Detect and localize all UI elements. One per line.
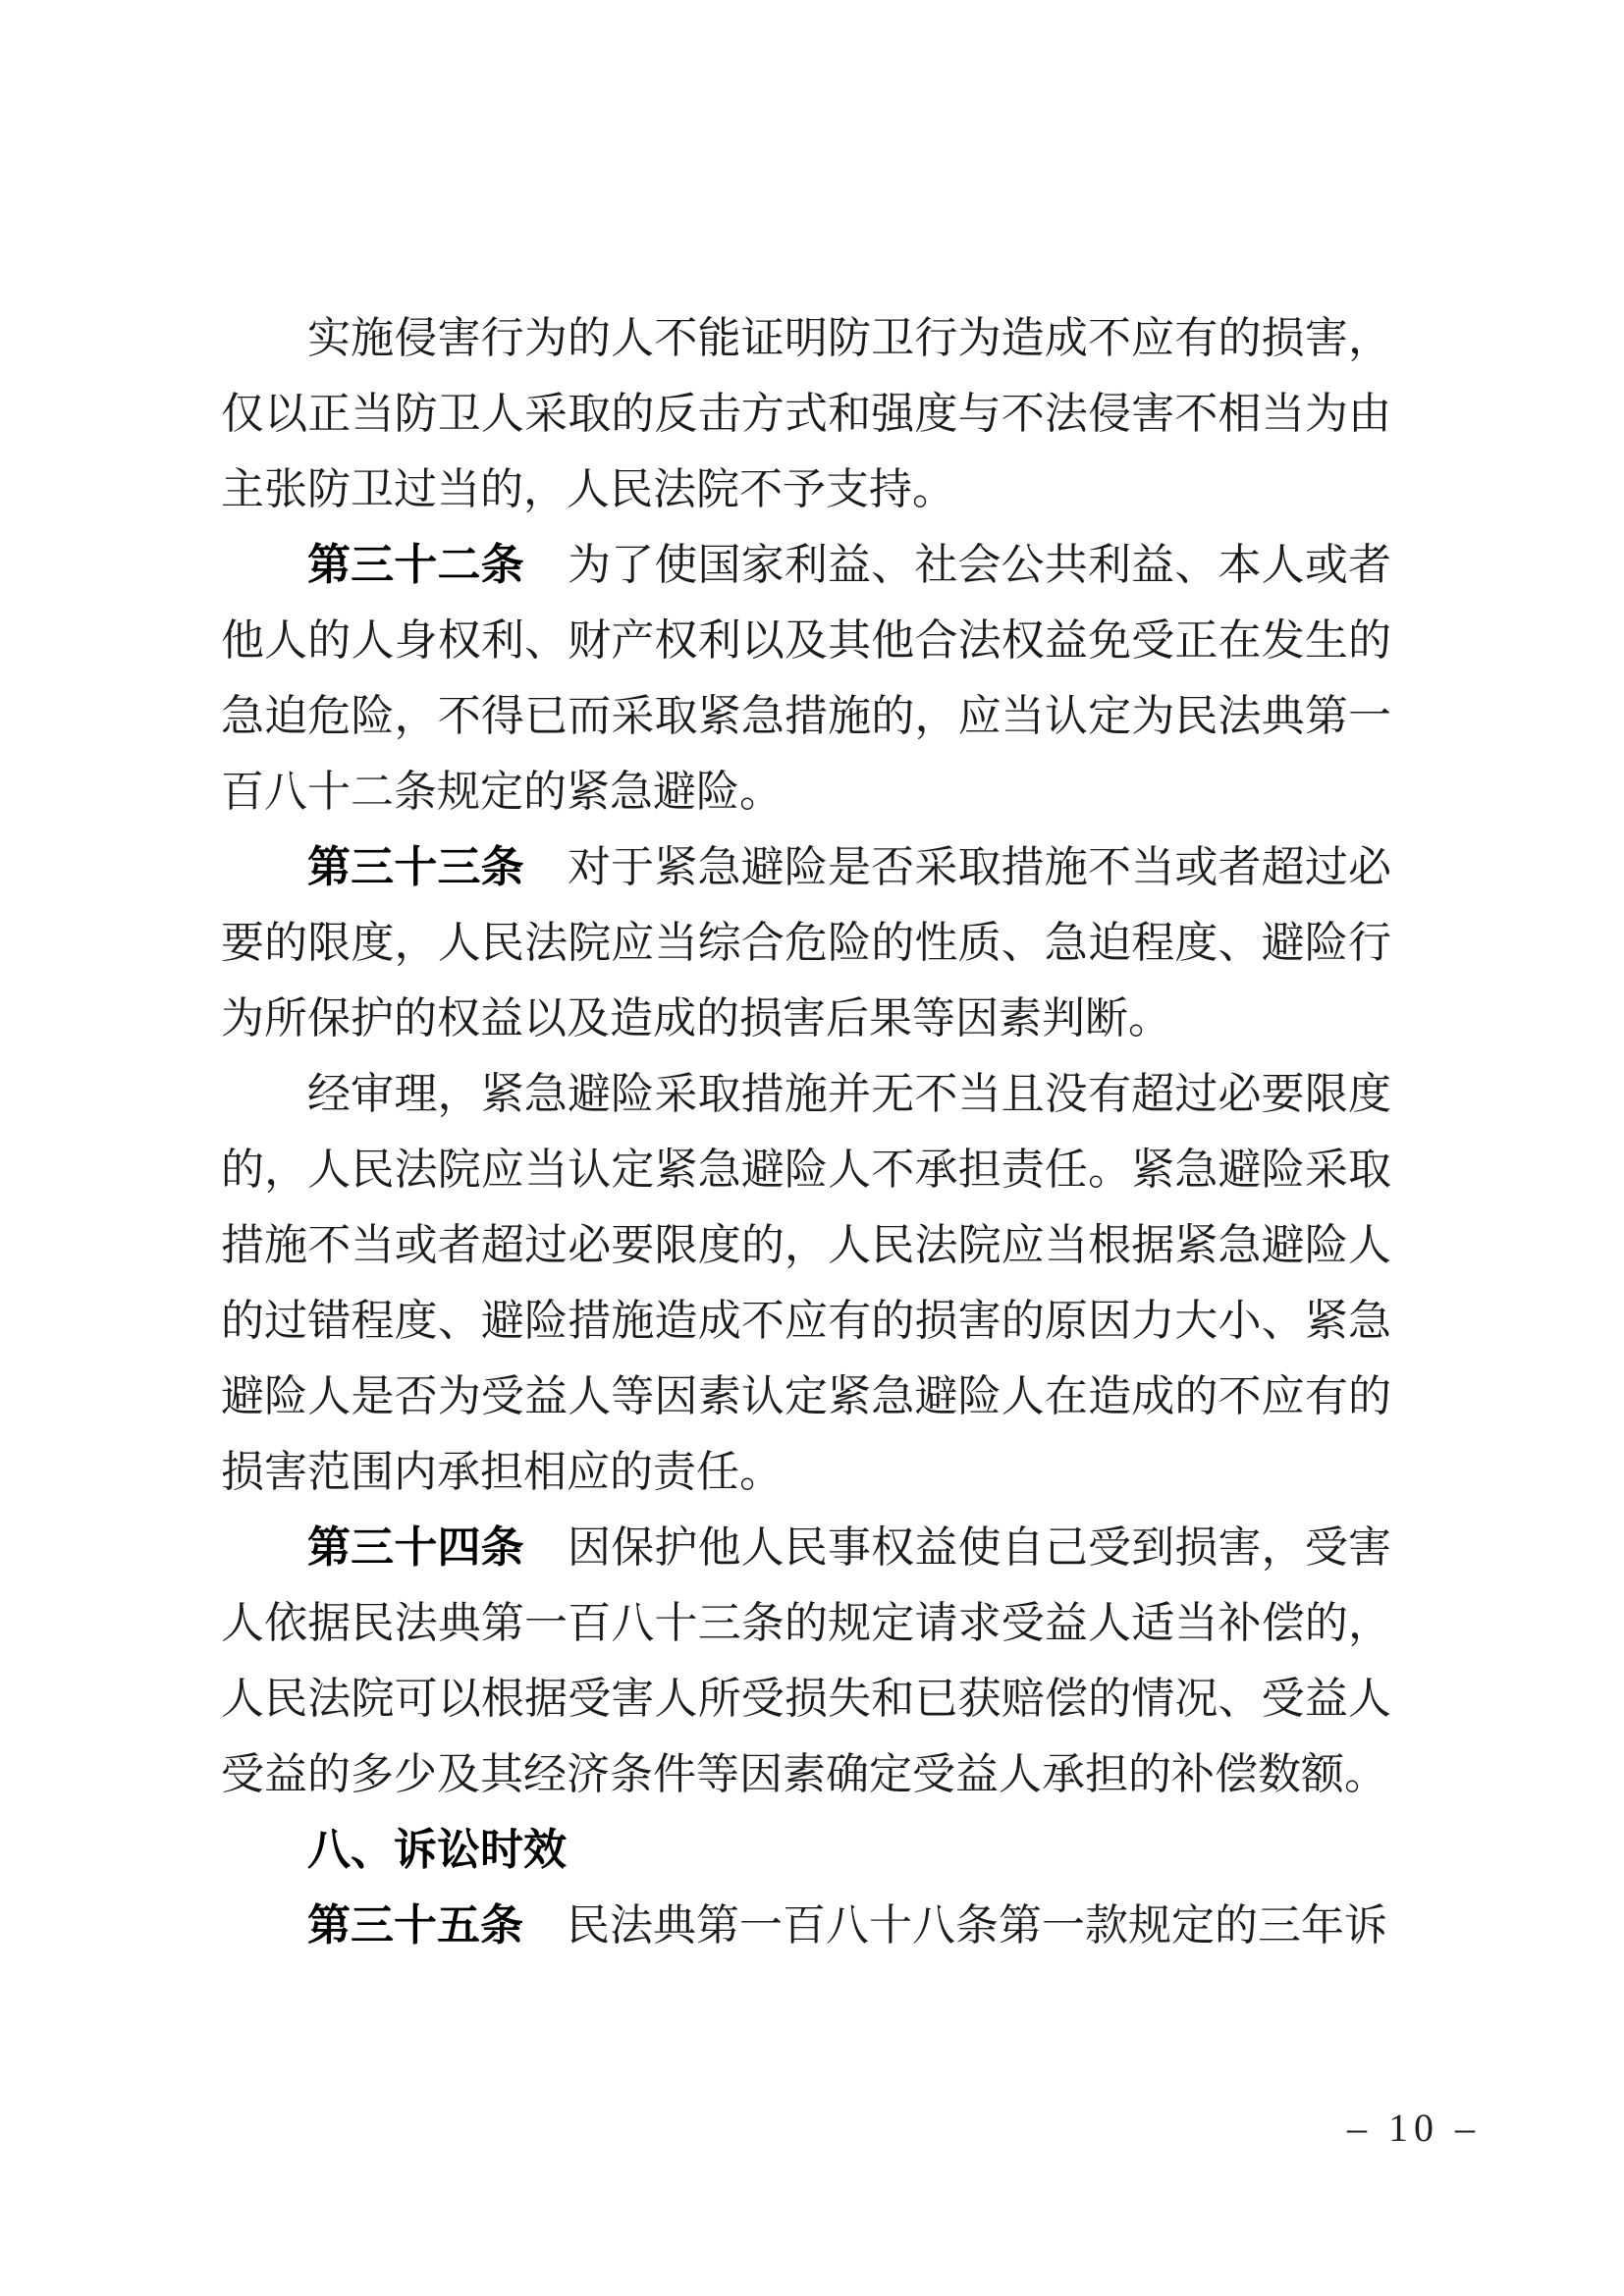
paragraph: 第三十二条 为了使国家利益、社会公共利益、本人或者他人的人身权利、财产权利以及其… — [221, 527, 1391, 829]
paragraph: 第三十五条 民法典第一百八十八条第一款规定的三年诉 — [221, 1888, 1391, 1963]
article-number: 第三十三条 — [307, 843, 524, 891]
section-heading: 八、诉讼时效 — [221, 1812, 1391, 1888]
paragraph: 实施侵害行为的人不能证明防卫行为造成不应有的损害，仅以正当防卫人采取的反击方式和… — [221, 300, 1391, 527]
paragraph-text: 实施侵害行为的人不能证明防卫行为造成不应有的损害，仅以正当防卫人采取的反击方式和… — [221, 314, 1391, 513]
paragraph-text: 民法典第一百八十八条第一款规定的三年诉 — [523, 1901, 1387, 1949]
article-number: 第三十四条 — [307, 1523, 524, 1572]
document-page: 实施侵害行为的人不能证明防卫行为造成不应有的损害，仅以正当防卫人采取的反击方式和… — [0, 0, 1624, 2296]
paragraph: 第三十四条 因保护他人民事权益使自己受到损害，受害人依据民法典第一百八十三条的规… — [221, 1510, 1391, 1812]
document-body: 实施侵害行为的人不能证明防卫行为造成不应有的损害，仅以正当防卫人采取的反击方式和… — [221, 300, 1391, 1963]
paragraph-text: 经审理，紧急避险采取措施并无不当且没有超过必要限度的，人民法院应当认定紧急避险人… — [221, 1070, 1391, 1496]
page-number: – 10 – — [1347, 2099, 1481, 2158]
paragraph: 第三十三条 对于紧急避险是否采取措施不当或者超过必要的限度，人民法院应当综合危险… — [221, 829, 1391, 1056]
article-number: 第三十二条 — [307, 541, 524, 589]
paragraph: 经审理，紧急避险采取措施并无不当且没有超过必要限度的，人民法院应当认定紧急避险人… — [221, 1056, 1391, 1510]
section-heading-text: 八、诉讼时效 — [307, 1826, 567, 1874]
article-number: 第三十五条 — [307, 1901, 523, 1949]
